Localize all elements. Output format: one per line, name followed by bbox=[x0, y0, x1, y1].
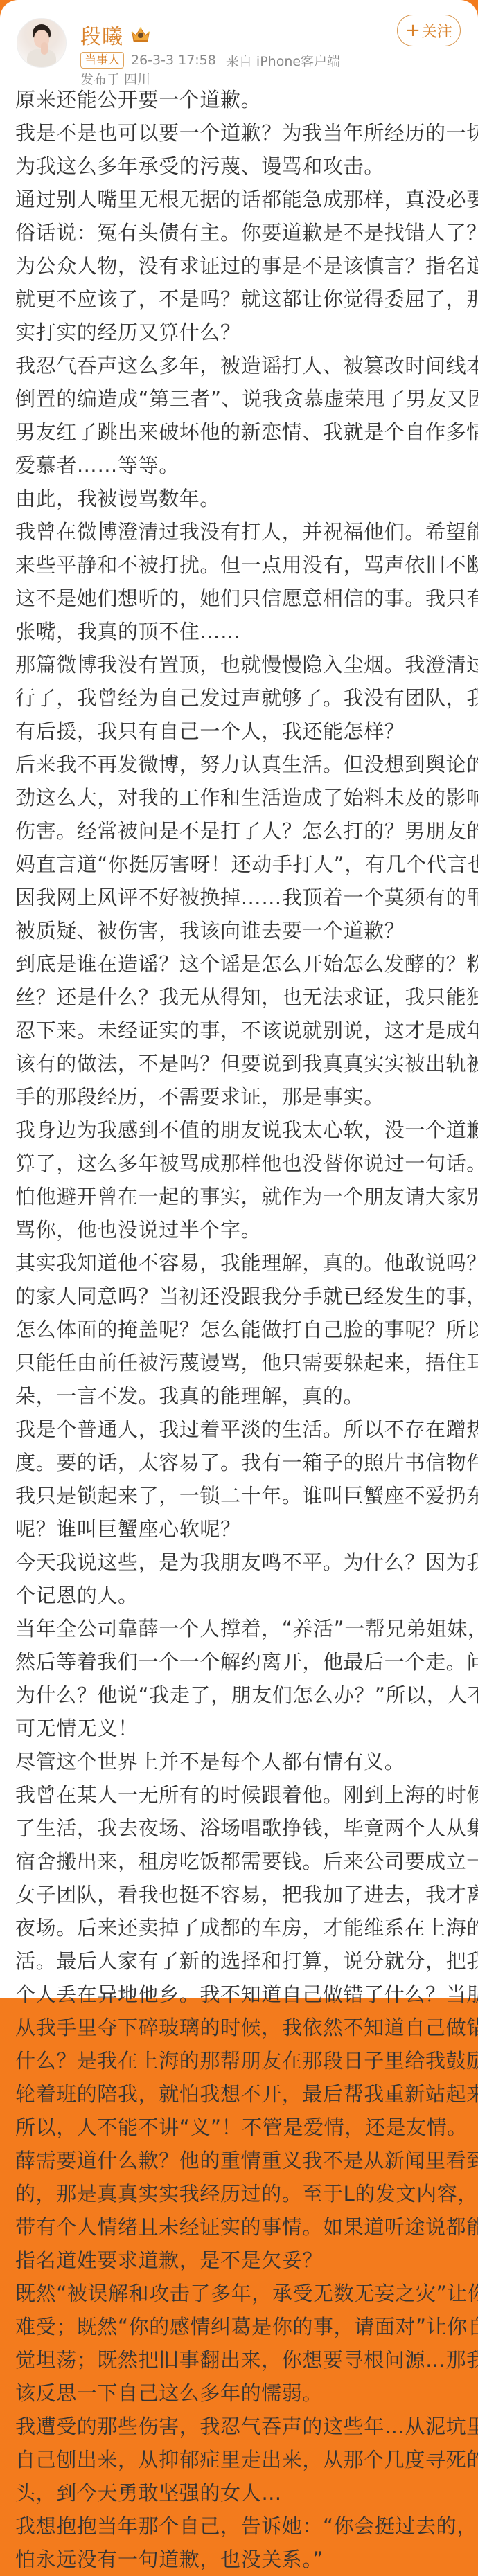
post-text-line: 倒置的编造成“第三者”、说我贪慕虚荣甩了男友又因 bbox=[15, 382, 472, 415]
meta-row: 当事人 26-3-3 17:58 来自 iPhone客户端 bbox=[80, 51, 340, 69]
post-text-line: 就更不应该了，不是吗？就这都让你觉得委屈了，那我 bbox=[15, 283, 472, 316]
post-text-line: 呢？谁叫巨蟹座心软呢？ bbox=[15, 1512, 472, 1546]
avatar-hand-shape bbox=[41, 42, 48, 55]
post-time: 26-3-3 17:58 bbox=[131, 53, 216, 68]
post-text-line: 实打实的经历又算什么？ bbox=[15, 316, 472, 349]
post-text-line: 宿舍搬出来，租房吃饭都需要钱。后来公司要成立一个 bbox=[15, 1845, 472, 1878]
role-badge: 当事人 bbox=[80, 52, 124, 69]
name-row: 段曦 bbox=[80, 21, 151, 48]
post-text-line: 我是不是也可以要一个道歉？为我当年所经历的一切， bbox=[15, 116, 472, 150]
follow-label: 关注 bbox=[422, 20, 452, 42]
post-body: 原来还能公开要一个道歉。我是不是也可以要一个道歉？为我当年所经历的一切，为我这么… bbox=[15, 83, 472, 1998]
post-text-line: 到底是谁在造谣？这个谣是怎么开始怎么发酵的？粉 bbox=[15, 947, 472, 981]
post-text-line: 行了，我曾经为自己发过声就够了。我没有团队，我没 bbox=[15, 681, 472, 715]
post-text-line: 怕他避开曾在一起的事实，就作为一个朋友请大家别再 bbox=[15, 1180, 472, 1213]
post-text-line: 那篇微博我没有置顶，也就慢慢隐入尘烟。我澄清过就 bbox=[15, 648, 472, 681]
post-text-line: 男友红了跳出来破坏他的新恋情、我就是个自作多情的 bbox=[15, 415, 472, 449]
post-text-line: 有后援，我只有自己一个人，我还能怎样？ bbox=[15, 715, 472, 748]
post-text-line: 了生活，我去夜场、浴场唱歌挣钱，毕竟两个人从集体 bbox=[15, 1812, 472, 1845]
post-text-line: 后来我不再发微博，努力认真生活。但没想到舆论的后 bbox=[15, 748, 472, 781]
post-text-line: 尽管这个世界上并不是每个人都有情有义。 bbox=[15, 1745, 472, 1778]
post-text-line: 骂你，他也没说过半个字。 bbox=[15, 1213, 472, 1246]
post-text-line: 这不是她们想听的，她们只信愿意相信的事。我只有一 bbox=[15, 582, 472, 615]
post-text-line: 丝？还是什么？我无从得知，也无法求证，我只能独自 bbox=[15, 981, 472, 1014]
post-text-line: 只能任由前任被污蔑谩骂，他只需要躲起来，捂住耳 bbox=[15, 1346, 472, 1379]
post-text-line: 活。最后人家有了新的选择和打算，说分就分，把我一 bbox=[15, 1944, 472, 1978]
post-text-line: 女子团队，看我也挺不容易，把我加了进去，我才离开 bbox=[15, 1878, 472, 1911]
post-text-line: 个记恩的人。 bbox=[15, 1579, 472, 1612]
post-text-line: 我身边为我感到不值的朋友说我太心软，没一个道歉就 bbox=[15, 1113, 472, 1147]
post-text-line: 其实我知道他不容易，我能理解，真的。他敢说吗？他 bbox=[15, 1246, 472, 1280]
post-text-line: 的家人同意吗？当初还没跟我分手就已经发生的事，要 bbox=[15, 1280, 472, 1313]
post-text-line: 伤害。经常被问是不是打了人？怎么打的？男朋友的妈 bbox=[15, 814, 472, 848]
avatar[interactable] bbox=[17, 18, 67, 68]
post-text-line: 俗话说：冤有头债有主。你要道歉是不是找错人了？作 bbox=[15, 216, 472, 249]
post-text-line: 由此，我被谩骂数年。 bbox=[15, 482, 472, 515]
post-text-line: 我只是锁起来了，一锁二十年。谁叫巨蟹座不爱扔东西 bbox=[15, 1479, 472, 1512]
post-text-line: 算了，这么多年被骂成那样他也没替你说过一句话。哪 bbox=[15, 1147, 472, 1180]
post-text-line: 今天我说这些，是为我朋友鸣不平。为什么？因为我是 bbox=[15, 1546, 472, 1579]
post-text-line: 度。要的话，太容易了。我有一箱子的照片书信物件， bbox=[15, 1446, 472, 1479]
user-name[interactable]: 段曦 bbox=[80, 19, 123, 50]
post-text-line: 妈直言道“你挺厉害呀！还动手打人”，有几个代言也 bbox=[15, 848, 472, 881]
post-text-line: 当年全公司靠薛一个人撑着，“养活”一帮兄弟姐妹， bbox=[15, 1612, 472, 1645]
post-text-line: 爱慕者……等等。 bbox=[15, 449, 472, 482]
post-text-line: 我忍气吞声这么多年，被造谣打人、被篡改时间线本末 bbox=[15, 349, 472, 382]
post-text-line: 通过别人嘴里无根无据的话都能急成那样，真没必要。 bbox=[15, 183, 472, 216]
post-text-line: 然后等着我们一个一个解约离开，他最后一个走。问他 bbox=[15, 1645, 472, 1679]
crown-icon bbox=[130, 26, 151, 44]
post-text-line: 劲这么大，对我的工作和生活造成了始料未及的影响和 bbox=[15, 781, 472, 814]
follow-button[interactable]: + 关注 bbox=[397, 15, 461, 46]
post-text-line: 朵，一言不发。我真的能理解，真的。 bbox=[15, 1379, 472, 1413]
post-text-line: 夜场。后来还卖掉了成都的车房，才能维系在上海的生 bbox=[15, 1911, 472, 1944]
post-source: 来自 iPhone客户端 bbox=[226, 51, 340, 70]
post-text-line: 原来还能公开要一个道歉。 bbox=[15, 83, 472, 116]
post-text-line: 为公众人物，没有求证过的事是不是该慎言？指名道姓 bbox=[15, 249, 472, 283]
weibo-post-card: 段曦 当事人 26-3-3 17:58 来自 iPhone客户端 发布于 四川 … bbox=[0, 0, 478, 1998]
post-text-line: 我曾在某人一无所有的时候跟着他。刚到上海的时候为 bbox=[15, 1778, 472, 1812]
post-text-line: 为什么？他说“我走了，朋友们怎么办？”所以，人不 bbox=[15, 1679, 472, 1712]
post-text-line: 手的那段经历，不需要求证，那是事实。 bbox=[15, 1080, 472, 1113]
post-header: 段曦 当事人 26-3-3 17:58 来自 iPhone客户端 发布于 四川 … bbox=[0, 0, 478, 89]
post-text-line: 被质疑、被伤害，我该向谁去要一个道歉？ bbox=[15, 914, 472, 947]
post-text-line: 该有的做法，不是吗？但要说到我真真实实被出轨被分 bbox=[15, 1047, 472, 1080]
post-text-line: 我是个普通人，我过着平淡的生活。所以不存在蹭热 bbox=[15, 1413, 472, 1446]
post-text-line: 来些平静和不被打扰。但一点用没有，骂声依旧不断。 bbox=[15, 548, 472, 582]
post-text-line: 忍下来。未经证实的事，不该说就别说，这才是成年人 bbox=[15, 1014, 472, 1047]
post-text-line: 为我这么多年承受的污蔑、谩骂和攻击。 bbox=[15, 150, 472, 183]
plus-icon: + bbox=[405, 21, 421, 39]
post-text-line: 怎么体面的掩盖呢？怎么能做打自己脸的事呢？所以他 bbox=[15, 1313, 472, 1346]
post-text-line: 可无情无义！ bbox=[15, 1712, 472, 1745]
post-text-line: 张嘴，我真的顶不住…… bbox=[15, 615, 472, 648]
post-text-line: 因我网上风评不好被换掉……我顶着一个莫须有的罪名 bbox=[15, 881, 472, 914]
post-text-line: 我曾在微博澄清过我没有打人，并祝福他们。希望能换 bbox=[15, 515, 472, 548]
post-text-line: 个人丢在异地他乡。我不知道自己做错了什么？当朋友 bbox=[15, 1978, 472, 1998]
